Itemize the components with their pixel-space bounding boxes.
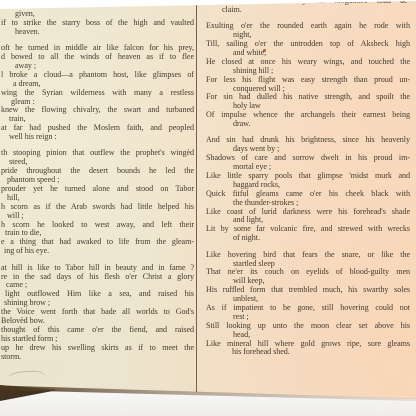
text-line: the thunder-strokes ;: [206, 199, 410, 208]
text-line: knew the flowing chivalry, the swart and…: [1, 106, 194, 115]
right-text-column: sounds of human misery his kingdom's lou…: [206, 0, 410, 357]
text-line: rest ;: [206, 313, 410, 322]
text-line: head,: [206, 331, 410, 340]
text-line: train to die,: [1, 229, 194, 238]
text-line: hill,: [1, 194, 194, 203]
text-line: away ;: [1, 62, 194, 71]
text-line: given,: [1, 10, 194, 19]
text-line: haggard rocks,: [206, 181, 410, 190]
text-line: storm.: [1, 353, 194, 362]
book-page-paper: given,if to strike the starry boss of th…: [0, 0, 416, 416]
stanza-gap: [206, 129, 410, 137]
text-line: oft he turned in middle air like falcon …: [1, 44, 194, 53]
text-line: draw.: [206, 120, 410, 129]
stanza-gap: [206, 243, 410, 251]
text-line: shining hill ;: [206, 67, 410, 76]
pencil-mark: [8, 369, 47, 380]
text-line: heaven.: [1, 28, 194, 37]
text-line: gleam :: [1, 98, 194, 107]
column-divider-rule: [196, 2, 197, 393]
text-line: prouder yet he turned alone and stood on…: [1, 185, 194, 194]
text-line: h scorn as if the Arab swords had little…: [1, 203, 194, 212]
text-line: well his reign :: [1, 133, 194, 142]
text-line: phantom speed ;: [1, 176, 194, 185]
text-line: conquered will ;: [206, 85, 410, 94]
text-line: will ;: [1, 212, 194, 221]
text-line: shining brow ;: [1, 299, 194, 308]
text-line: days went by ;: [206, 145, 410, 154]
stanza-gap: [1, 256, 194, 264]
left-text-column: given,if to strike the starry boss of th…: [1, 10, 194, 361]
text-line: re in the sad days of his flesh o'er Chr…: [1, 273, 194, 282]
stanza-gap: [1, 37, 194, 45]
text-line: a dream,: [1, 80, 194, 89]
text-line: startled sleep: [206, 260, 410, 269]
text-line: his forehead shed.: [206, 348, 410, 357]
text-line: th stooping pinion that outflew the prop…: [1, 149, 194, 158]
text-line: steed,: [1, 158, 194, 167]
text-line: his startled form ;: [1, 335, 194, 344]
text-line: unblest,: [206, 295, 410, 304]
text-line: mortal eye ;: [206, 163, 410, 172]
text-line: at hill is like to Tabor hill in beauty …: [1, 264, 194, 273]
scanned-page: given,if to strike the starry boss of th…: [0, 0, 416, 416]
text-line: up he drew his swelling skirts as if to …: [1, 344, 194, 353]
text-line: and white,: [206, 49, 410, 58]
text-line: came ;: [1, 281, 194, 290]
text-line: Belovèd bow.: [1, 317, 194, 326]
text-line: claim.: [206, 6, 410, 15]
text-line: and light,: [206, 216, 410, 225]
text-line: ing of his eye.: [1, 247, 194, 256]
text-line: will keep,: [206, 277, 410, 286]
text-line: night,: [206, 31, 410, 40]
red-ink-speck: [263, 49, 266, 52]
stanza-gap: [206, 15, 410, 23]
stanza-gap: [1, 142, 194, 150]
text-line: of night.: [206, 234, 410, 243]
text-line: train,: [1, 115, 194, 124]
text-line: holy law: [206, 102, 410, 111]
